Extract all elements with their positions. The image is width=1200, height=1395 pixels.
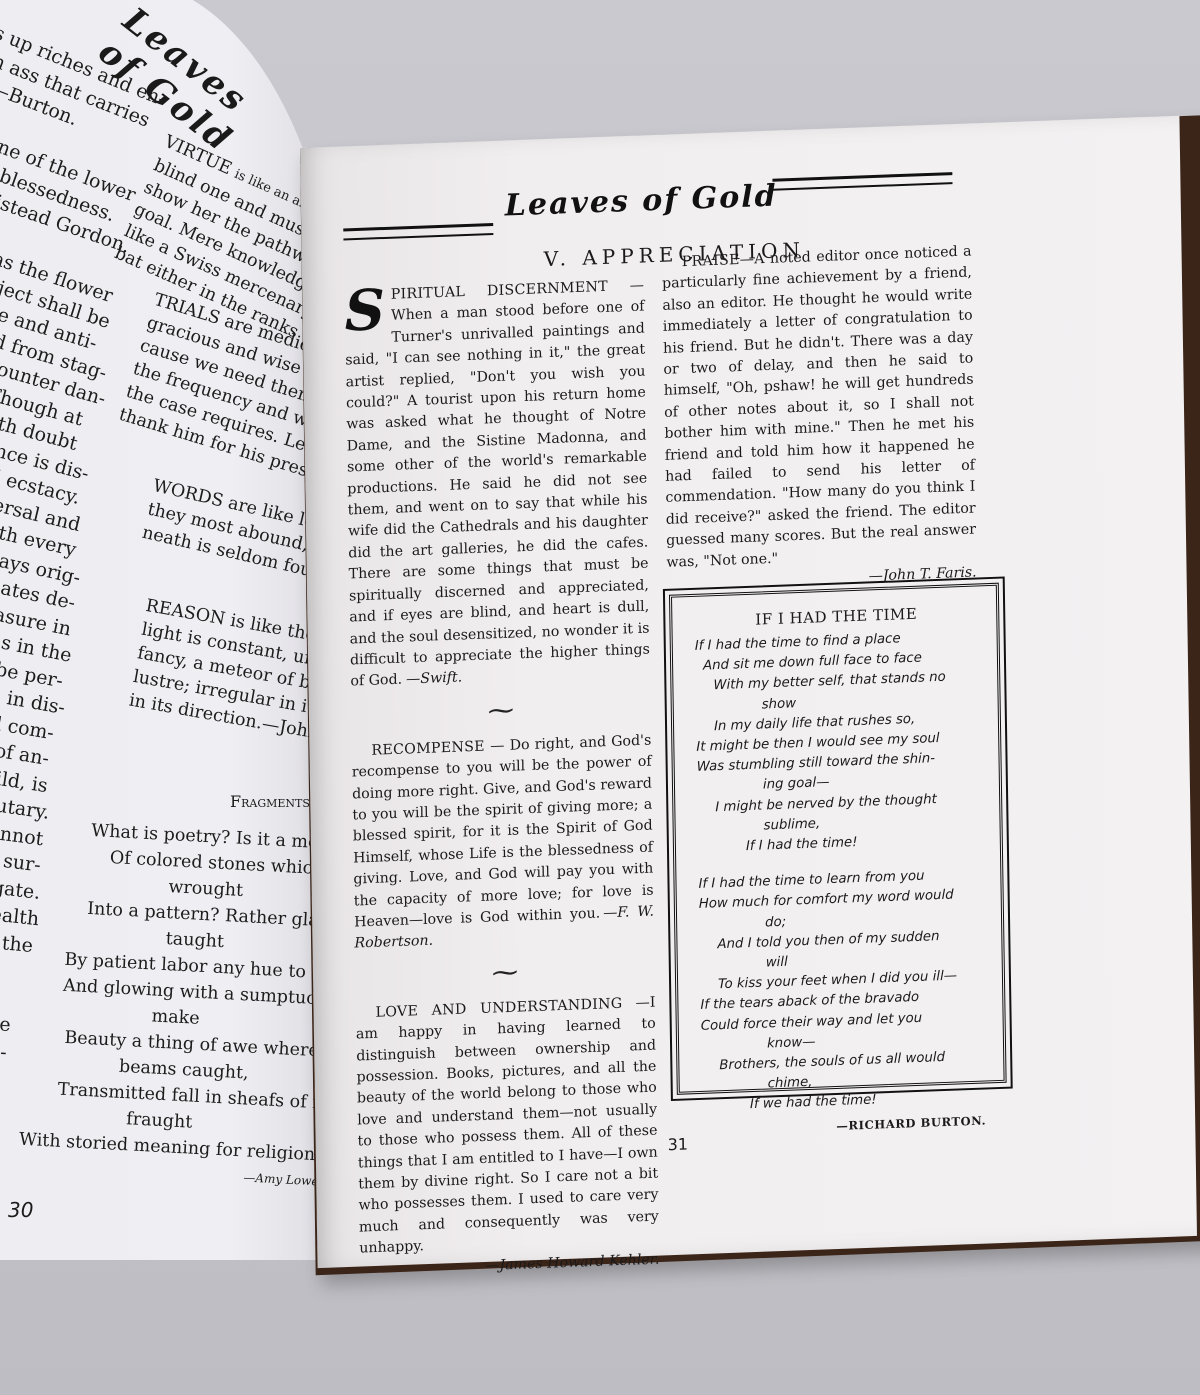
right-page: Leaves of Gold V. APPRECIATION S PIRITUA… — [300, 116, 1197, 1268]
fragments-title: Fragments — [230, 790, 310, 814]
fragments-poem: What is poetry? Is it a mosaic Of colore… — [73, 818, 340, 1199]
entry-recompense: RECOMPENSE — Do right, and God's recompe… — [351, 730, 654, 955]
left-page-text-line: e, the — [0, 928, 34, 960]
entry-text: When a man stood before one of Turner's … — [345, 299, 650, 690]
drop-cap: S — [344, 287, 385, 334]
left-page-text-line: are — [0, 1010, 12, 1039]
left-page: Leaves of Gold s up riches and en-n ass … — [0, 0, 340, 1260]
entry-heading: PRAISE— — [682, 251, 755, 270]
entry-text: A noted editor once noticed a particular… — [662, 243, 976, 570]
flourish-ornament-icon: ⁓ — [355, 950, 655, 995]
entry-love-and-understanding: LOVE AND UNDERSTANDING —I am happy in ha… — [355, 992, 659, 1281]
header-rule-left — [343, 223, 493, 240]
entry-spiritual-discernment: S PIRITUAL DISCERNMENT — When a man stoo… — [344, 275, 650, 693]
running-title: Leaves of Gold — [505, 179, 778, 224]
entry-text: —I am happy in having learned to disting… — [356, 994, 659, 1256]
poem-lines: If I had the time to find a placeAnd sit… — [695, 626, 986, 1117]
left-page-number: 30 — [8, 1198, 33, 1222]
entry-heading: RECOMPENSE — — [371, 738, 504, 759]
poem-box: IF I HAD THE TIME If I had the time to f… — [669, 583, 1007, 1095]
entry-praise: PRAISE—A noted editor once noticed a par… — [662, 241, 977, 595]
left-column: S PIRITUAL DISCERNMENT — When a man stoo… — [344, 275, 659, 1281]
page-header: Leaves of Gold V. APPRECIATION — [342, 154, 953, 256]
poem-author: —RICHARD BURTON. — [702, 1113, 986, 1137]
flourish-ornament-icon: ⁓ — [351, 688, 651, 733]
left-page-text-line: health — [0, 900, 40, 933]
right-page-number: 31 — [667, 1134, 688, 1154]
left-page-content: Leaves of Gold s up riches and en-n ass … — [0, 0, 340, 1260]
poem-title: IF I HAD THE TIME — [694, 602, 978, 630]
entry-text: Do right, and God's recompense to you wi… — [352, 732, 654, 930]
left-page-text-line: as- — [0, 1038, 7, 1067]
entry-attribution: —Swift. — [406, 670, 462, 688]
header-rule-right — [772, 172, 952, 191]
right-column: PRAISE—A noted editor once noticed a par… — [662, 241, 977, 595]
